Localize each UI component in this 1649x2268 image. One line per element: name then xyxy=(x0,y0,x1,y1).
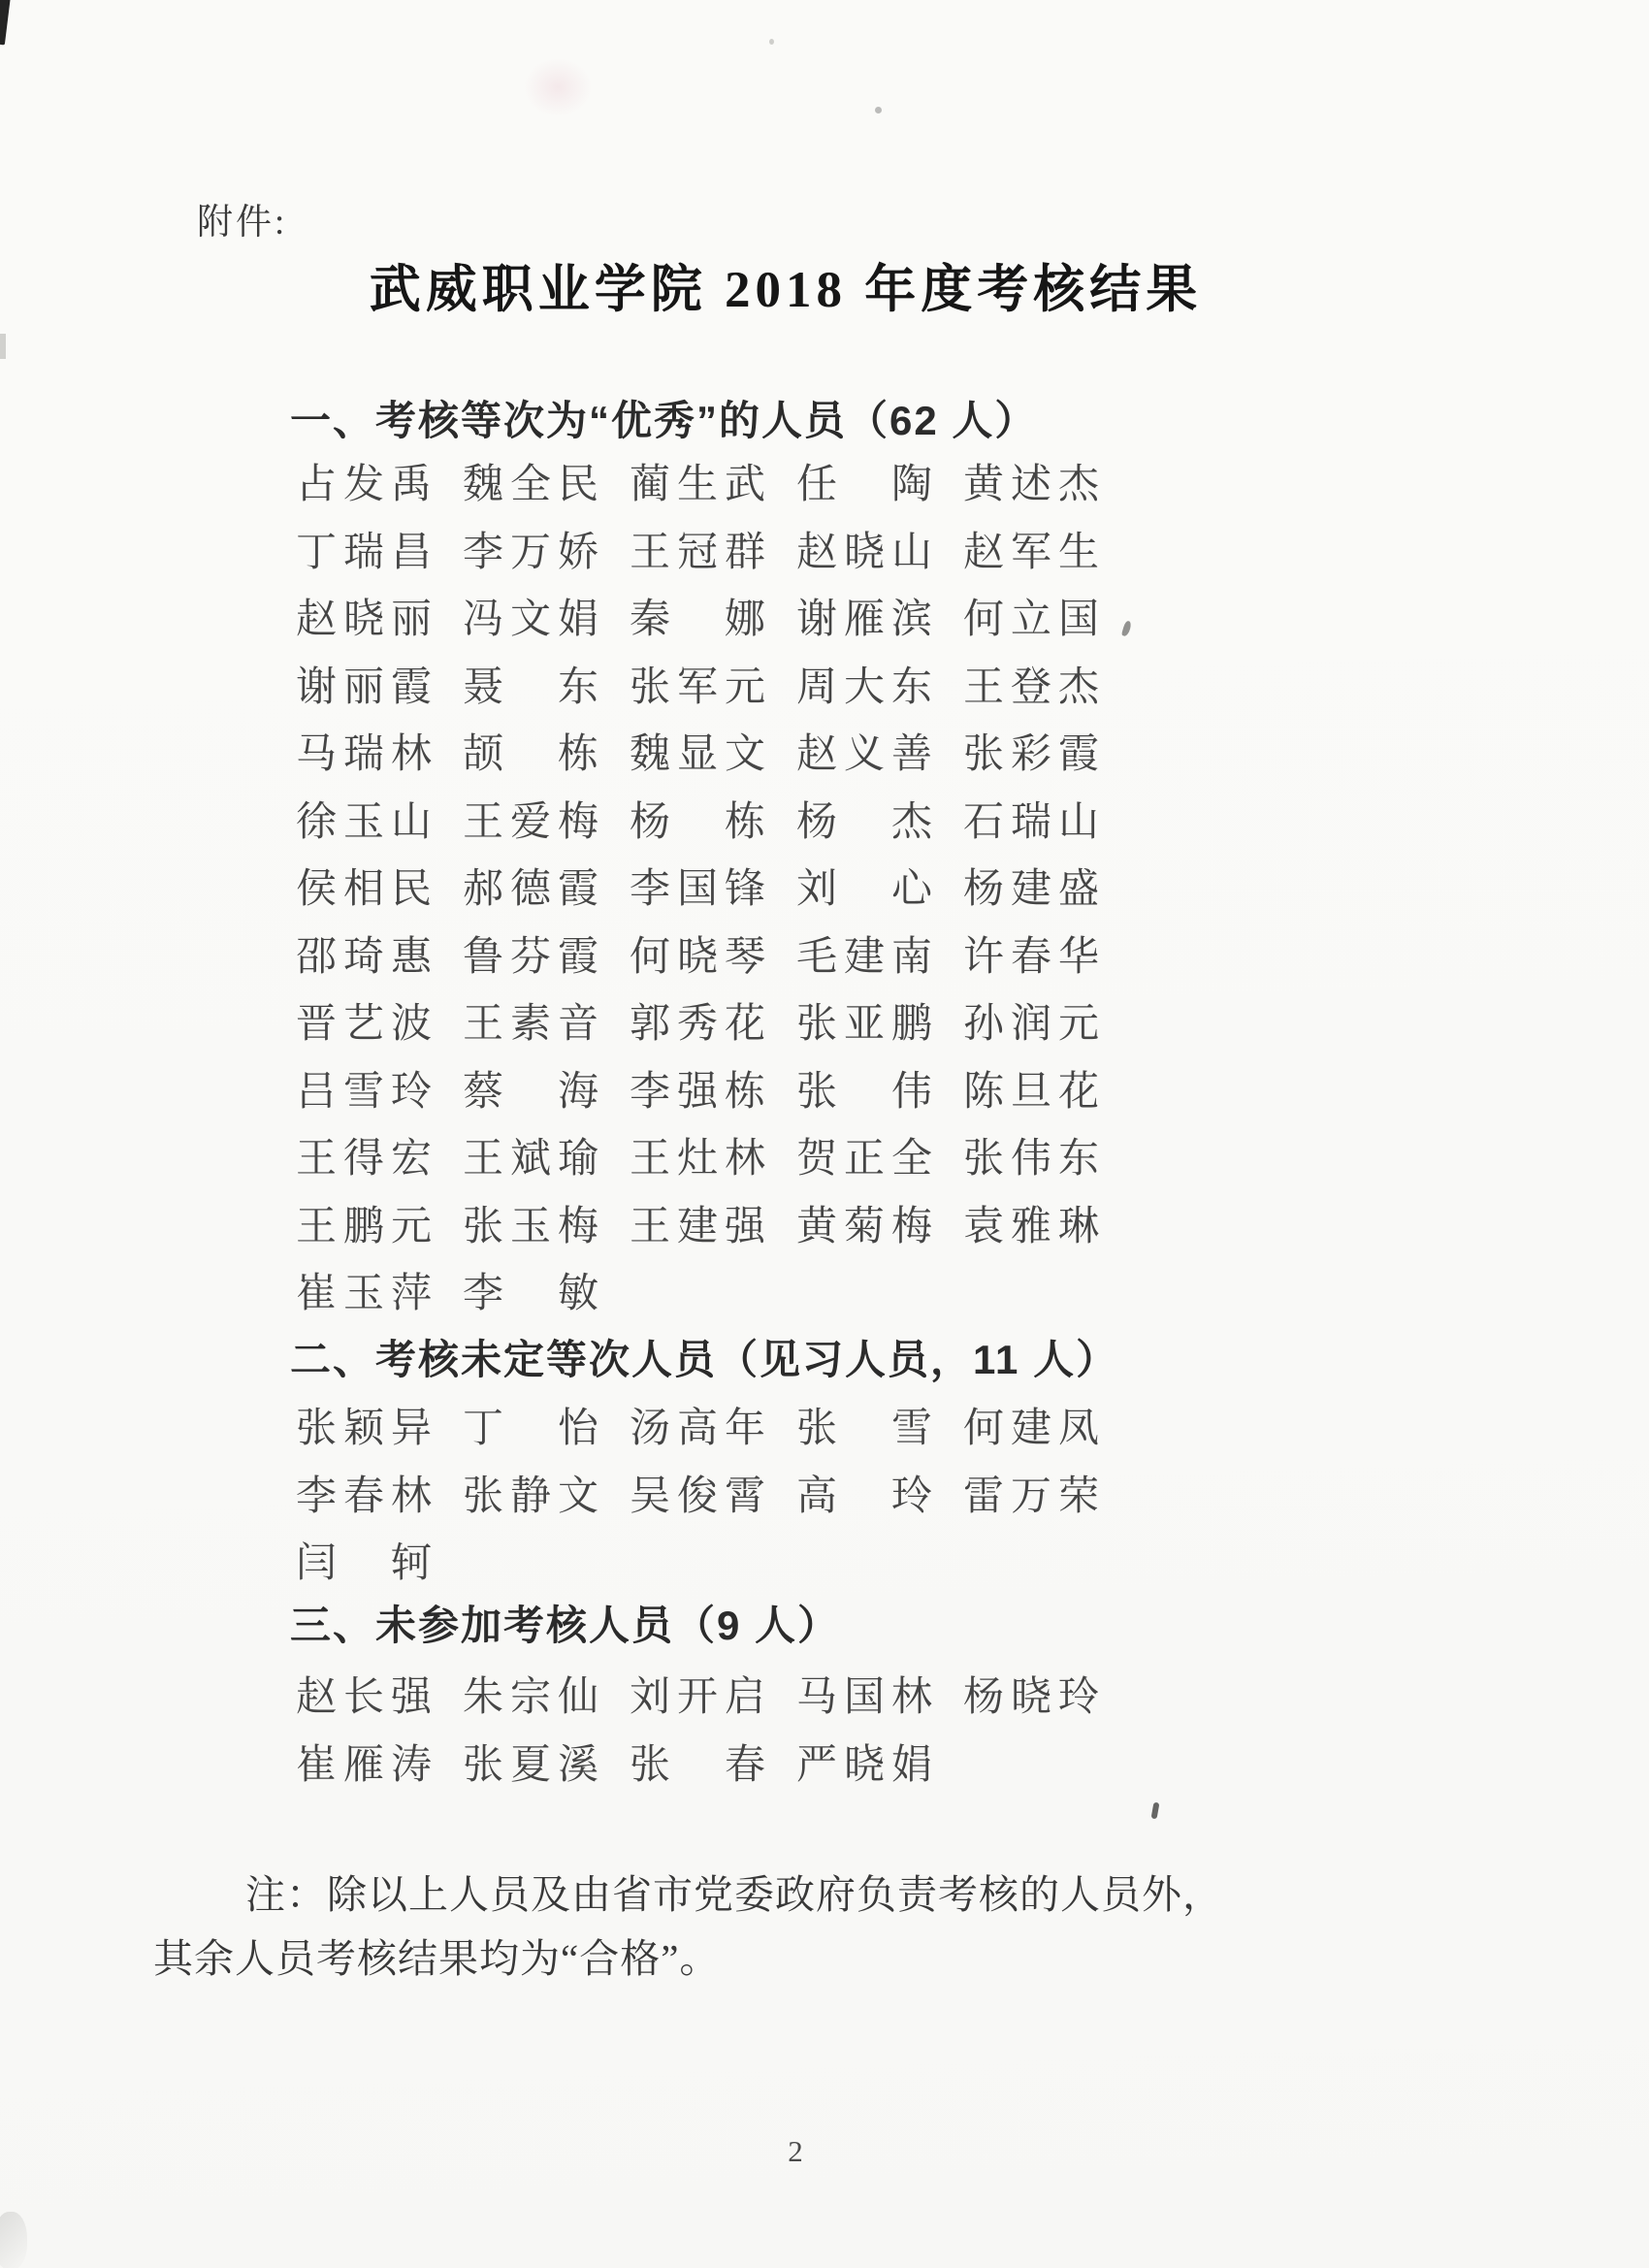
section-2-heading: 二、考核未定等次人员（见习人员，11 人） xyxy=(290,1336,1118,1384)
scan-artifact-edge xyxy=(0,334,6,359)
person-name: 赵晓丽 xyxy=(296,587,432,655)
person-name: 张军元 xyxy=(630,655,765,723)
person-name: 马瑞林 xyxy=(296,722,432,790)
name-row: 占发禹魏全民蔺生武任陶黄述杰 xyxy=(296,452,1130,520)
person-name: 魏显文 xyxy=(630,722,765,790)
name-row: 王鹏元张玉梅王建强黄菊梅袁雅琳 xyxy=(296,1194,1130,1262)
person-name: 闫轲 xyxy=(296,1531,432,1599)
person-name: 丁怡 xyxy=(463,1396,598,1464)
page-number: 2 xyxy=(0,2134,1591,2169)
person-name: 雷万荣 xyxy=(963,1464,1099,1532)
section-1-name-list: 占发禹魏全民蔺生武任陶黄述杰丁瑞昌李万娇王冠群赵晓山赵军生赵晓丽冯文娟秦娜谢雁滨… xyxy=(296,452,1130,1329)
person-name: 吴俊霄 xyxy=(630,1464,765,1532)
document-page: 附件: 武威职业学院 2018 年度考核结果 一、考核等次为“优秀”的人员（62… xyxy=(0,0,1649,2268)
person-name: 张静文 xyxy=(463,1464,598,1532)
person-name: 张彩霞 xyxy=(963,722,1099,790)
person-name: 毛建南 xyxy=(796,924,932,992)
person-name: 侯相民 xyxy=(296,857,432,924)
scan-artifact-speck xyxy=(875,107,882,113)
person-name: 晋艺波 xyxy=(296,991,432,1059)
person-name: 马国林 xyxy=(796,1665,932,1733)
person-name: 谢丽霞 xyxy=(296,655,432,723)
person-name: 王斌瑜 xyxy=(463,1126,598,1194)
person-name: 李国锋 xyxy=(630,857,765,924)
person-name: 张雪 xyxy=(796,1396,932,1464)
person-name: 邵琦惠 xyxy=(296,924,432,992)
person-name: 黄述杰 xyxy=(963,452,1099,520)
person-name: 陈旦花 xyxy=(963,1059,1099,1127)
name-row: 崔玉萍李敏 xyxy=(296,1261,1130,1329)
person-name: 郝德霞 xyxy=(463,857,598,924)
name-row: 马瑞林颉栋魏显文赵义善张彩霞 xyxy=(296,722,1130,790)
person-name: 崔玉萍 xyxy=(296,1261,432,1329)
scan-artifact-smudge xyxy=(0,2212,27,2268)
person-name: 杨栋 xyxy=(630,790,765,858)
section-2-name-list: 张颖异丁怡汤高年张雪何建凤李春林张静文吴俊霄高玲雷万荣闫轲 xyxy=(296,1396,1130,1599)
person-name: 袁雅琳 xyxy=(963,1194,1099,1262)
person-name: 张夏溪 xyxy=(463,1733,598,1800)
person-name: 郭秀花 xyxy=(630,991,765,1059)
person-name: 高玲 xyxy=(796,1464,932,1532)
person-name: 王素音 xyxy=(463,991,598,1059)
person-name: 任陶 xyxy=(796,452,932,520)
person-name: 颉栋 xyxy=(463,722,598,790)
person-name: 蔺生武 xyxy=(630,452,765,520)
person-name: 蔡海 xyxy=(463,1059,598,1127)
person-name: 许春华 xyxy=(963,924,1099,992)
person-name: 贺正全 xyxy=(796,1126,932,1194)
person-name: 王登杰 xyxy=(963,655,1099,723)
document-title: 武威职业学院 2018 年度考核结果 xyxy=(242,248,1329,322)
name-row: 崔雁涛张夏溪张春严晓娟 xyxy=(296,1733,1130,1800)
person-name: 赵义善 xyxy=(796,722,932,790)
person-name: 杨建盛 xyxy=(963,857,1099,924)
name-row: 闫轲 xyxy=(296,1531,1130,1599)
name-row: 张颖异丁怡汤高年张雪何建凤 xyxy=(296,1396,1130,1464)
person-name: 王建强 xyxy=(630,1194,765,1262)
person-name: 张伟 xyxy=(796,1059,932,1127)
person-name: 谢雁滨 xyxy=(796,587,932,655)
name-row: 徐玉山王爱梅杨栋杨杰石瑞山 xyxy=(296,790,1130,858)
person-name: 周大东 xyxy=(796,655,932,723)
note-line-2: 其余人员考核结果均为“合格”。 xyxy=(153,1934,720,1983)
person-name: 赵军生 xyxy=(963,520,1099,588)
person-name: 王鹏元 xyxy=(296,1194,432,1262)
person-name: 张春 xyxy=(630,1733,765,1800)
name-row: 王得宏王斌瑜王灶林贺正全张伟东 xyxy=(296,1126,1130,1194)
person-name: 王爱梅 xyxy=(463,790,598,858)
person-name: 魏全民 xyxy=(463,452,598,520)
person-name: 聂东 xyxy=(463,655,598,723)
scan-artifact-mark xyxy=(1151,1802,1160,1820)
name-row: 赵长强朱宗仙刘开启马国林杨晓玲 xyxy=(296,1665,1130,1733)
name-row: 赵晓丽冯文娟秦娜谢雁滨何立国 xyxy=(296,587,1130,655)
scan-artifact-corner xyxy=(0,0,11,45)
name-row: 李春林张静文吴俊霄高玲雷万荣 xyxy=(296,1464,1130,1532)
name-row: 谢丽霞聂东张军元周大东王登杰 xyxy=(296,655,1130,723)
person-name: 何立国 xyxy=(963,587,1099,655)
name-row: 邵琦惠鲁芬霞何晓琴毛建南许春华 xyxy=(296,924,1130,992)
person-name: 刘心 xyxy=(796,857,932,924)
attachment-label: 附件: xyxy=(197,192,287,244)
person-name: 鲁芬霞 xyxy=(463,924,598,992)
person-name: 朱宗仙 xyxy=(463,1665,598,1733)
person-name: 张玉梅 xyxy=(463,1194,598,1262)
person-name: 孙润元 xyxy=(963,991,1099,1059)
person-name: 吕雪玲 xyxy=(296,1059,432,1127)
person-name: 王冠群 xyxy=(630,520,765,588)
name-row: 晋艺波王素音郭秀花张亚鹏孙润元 xyxy=(296,991,1130,1059)
person-name: 张伟东 xyxy=(963,1126,1099,1194)
person-name: 石瑞山 xyxy=(963,790,1099,858)
person-name: 李春林 xyxy=(296,1464,432,1532)
person-name: 赵晓山 xyxy=(796,520,932,588)
name-row: 侯相民郝德霞李国锋刘心杨建盛 xyxy=(296,857,1130,924)
name-row: 丁瑞昌李万娇王冠群赵晓山赵军生 xyxy=(296,520,1130,588)
person-name: 李万娇 xyxy=(463,520,598,588)
person-name: 汤高年 xyxy=(630,1396,765,1464)
person-name: 何晓琴 xyxy=(630,924,765,992)
person-name: 杨晓玲 xyxy=(963,1665,1099,1733)
person-name: 刘开启 xyxy=(630,1665,765,1733)
person-name: 崔雁涛 xyxy=(296,1733,432,1800)
person-name: 王灶林 xyxy=(630,1126,765,1194)
person-name: 黄菊梅 xyxy=(796,1194,932,1262)
scan-artifact-tint xyxy=(524,58,592,116)
section-1-heading: 一、考核等次为“优秀”的人员（62 人） xyxy=(290,397,1037,445)
person-name: 徐玉山 xyxy=(296,790,432,858)
section-3-name-list: 赵长强朱宗仙刘开启马国林杨晓玲崔雁涛张夏溪张春严晓娟 xyxy=(296,1665,1130,1799)
person-name: 杨杰 xyxy=(796,790,932,858)
section-3-heading: 三、未参加考核人员（9 人） xyxy=(290,1602,840,1650)
person-name: 张颖异 xyxy=(296,1396,432,1464)
scan-artifact-speck xyxy=(769,39,774,45)
name-row: 吕雪玲蔡海李强栋张伟陈旦花 xyxy=(296,1059,1130,1127)
person-name: 李敏 xyxy=(463,1261,598,1329)
person-name: 占发禹 xyxy=(296,452,432,520)
person-name: 严晓娟 xyxy=(796,1733,932,1800)
person-name: 王得宏 xyxy=(296,1126,432,1194)
person-name: 冯文娟 xyxy=(463,587,598,655)
person-name: 何建凤 xyxy=(963,1396,1099,1464)
person-name: 丁瑞昌 xyxy=(296,520,432,588)
person-name: 赵长强 xyxy=(296,1665,432,1733)
note-line-1: 注：除以上人员及由省市党委政府负责考核的人员外， xyxy=(245,1870,1223,1919)
person-name: 秦娜 xyxy=(630,587,765,655)
person-name: 张亚鹏 xyxy=(796,991,932,1059)
person-name: 李强栋 xyxy=(630,1059,765,1127)
